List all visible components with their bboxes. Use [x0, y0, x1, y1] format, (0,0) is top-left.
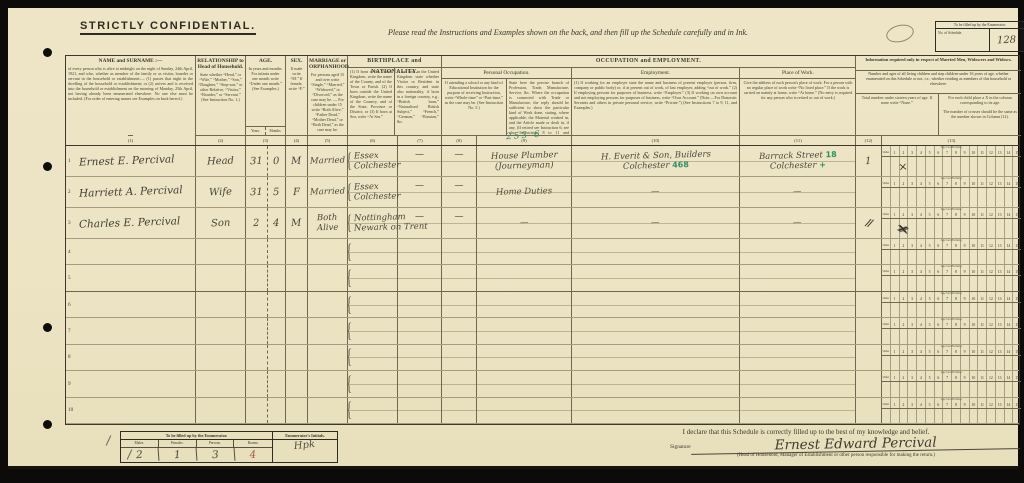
- place-of-work-cell: —: [740, 177, 856, 207]
- age-years-value: 2: [253, 217, 260, 228]
- age-grid-cell: [882, 409, 891, 423]
- col-number: (4): [286, 135, 307, 145]
- age-years-cell: 2: [246, 208, 268, 238]
- age-grid-cell: [917, 356, 926, 370]
- age-grid-cell: [1005, 382, 1014, 396]
- nationality-value: —: [415, 212, 424, 238]
- table-row: 3Charles E. PercivalSon24MBothAlive{Nott…: [66, 208, 1019, 239]
- place-value: —: [793, 218, 802, 228]
- employment-cell: —: [572, 177, 740, 207]
- col-number: (10): [572, 136, 740, 145]
- marriage-cell: Married: [308, 146, 348, 176]
- age-grid-cell: [891, 356, 900, 370]
- col-number: (13): [882, 136, 1021, 145]
- nationality-cell: [398, 239, 442, 264]
- sex-value: M: [291, 217, 302, 228]
- marriage-cell: [308, 371, 348, 396]
- age-grid-cell: [1013, 356, 1021, 370]
- age-grid-cell: [926, 157, 935, 176]
- age-grid-cell: [908, 409, 917, 423]
- occupation-cell: [477, 239, 572, 264]
- age-grid-cell: [961, 382, 970, 396]
- nationality-cell: —: [398, 146, 442, 176]
- education-cell: —: [442, 177, 477, 207]
- age-grid-cell: [1013, 329, 1021, 343]
- age-grid-cell: [926, 219, 935, 238]
- place-of-work-col-desc: Give the address of each person's place …: [740, 79, 856, 135]
- age-grid-cell: [935, 303, 944, 317]
- age-grid-cell: [935, 356, 944, 370]
- age-grid-cell: [935, 157, 944, 176]
- age-grid-cell: [926, 356, 935, 370]
- name-cell: 6: [66, 292, 196, 317]
- relationship-value: Wife: [209, 186, 232, 198]
- age-grid-cell: [882, 276, 891, 290]
- age-grid-cell: [900, 356, 909, 370]
- age-grid-cell: [996, 250, 1005, 264]
- marriage-value: Married: [310, 155, 345, 166]
- place-of-work-cell: [740, 398, 856, 423]
- age-grid-cell: [952, 382, 961, 396]
- age-grid-cell: [908, 157, 917, 176]
- total-children-cell: [856, 345, 882, 370]
- name-cell: 7: [66, 318, 196, 343]
- nationality-value: —: [415, 181, 424, 207]
- col-number: (7): [398, 136, 442, 145]
- col-number: (6): [348, 136, 398, 145]
- census-schedule-scan: STRICTLY CONFIDENTIAL. Please read the I…: [0, 0, 1024, 483]
- name-cell: 4: [66, 239, 196, 264]
- age-grid-cell: [935, 409, 944, 423]
- birthplace-cell: {EssexColchester: [348, 146, 398, 176]
- years-label: Years.: [246, 127, 266, 135]
- code-annotation: 18: [825, 150, 836, 159]
- age-grid-cell: [1005, 250, 1014, 264]
- age-grid-cell: [908, 329, 917, 343]
- age-grid-cell: [987, 356, 996, 370]
- relationship-cell: [196, 239, 246, 264]
- age-grid-cell: [961, 329, 970, 343]
- age-grid-cell: [935, 276, 944, 290]
- relationship-col-desc: State whether “Head,” or “Wife,” “Mother…: [196, 71, 245, 135]
- sex-value: F: [293, 186, 300, 197]
- age-grid-cell: [917, 303, 926, 317]
- age-grid-cell: [970, 409, 979, 423]
- schedule-box-title: To be filled up by the Enumerator.: [936, 22, 1024, 29]
- total-children-value: //: [865, 217, 873, 229]
- brace-glyph: {: [346, 210, 352, 236]
- age-grid-cell: [961, 219, 970, 238]
- age-grid-cell: [978, 409, 987, 423]
- age-grid-cell: [1013, 409, 1021, 423]
- age-grid-cell: [961, 157, 970, 176]
- age-grid-cell: [882, 329, 891, 343]
- col-number: (11): [740, 136, 856, 145]
- age-grid-cell: [970, 157, 979, 176]
- age-grid-cell: [961, 188, 970, 207]
- employment-cell: [572, 318, 740, 343]
- total-children-cell: [856, 177, 882, 207]
- age-months-cell: [268, 292, 286, 317]
- sex-cell: M: [286, 146, 308, 176]
- age-grid-cell: [952, 356, 961, 370]
- children-grid-col-desc: For each child place a X in the column c…: [939, 94, 1021, 135]
- age-grid-cell: [996, 409, 1005, 423]
- age-grid-cell: [882, 219, 891, 238]
- birthplace-cell: {: [348, 345, 398, 370]
- total-children-cell: [856, 239, 882, 264]
- age-grid-cell: [908, 382, 917, 396]
- age-months-cell: [268, 371, 286, 396]
- occupation-cell: [477, 265, 572, 290]
- age-grid-cell: [987, 219, 996, 238]
- age-grid-cell: [917, 250, 926, 264]
- age-months-value: 0: [273, 155, 280, 166]
- occupation-cell: [477, 292, 572, 317]
- age-grid-cell: [1005, 276, 1014, 290]
- age-grid-cell: [935, 382, 944, 396]
- census-table: NAME and SURNAME :— of every person who …: [65, 55, 1020, 425]
- employment-cell: [572, 292, 740, 317]
- age-grid-cell: [917, 219, 926, 238]
- occupation-value: House Plumber: [491, 150, 558, 162]
- age-grid-cell: [1005, 188, 1014, 207]
- child-age-x-mark: ×: [898, 159, 909, 173]
- age-grid-cell: [987, 276, 996, 290]
- employment-cell: [572, 345, 740, 370]
- col-number: (3): [246, 135, 285, 145]
- age-grid-cell: [987, 303, 996, 317]
- marriage-cell: [308, 265, 348, 290]
- age-grid-cell: [943, 409, 952, 423]
- education-cell: [442, 371, 477, 396]
- sex-col-desc: If male write “M.” If female, write “F.”: [286, 65, 307, 135]
- education-cell: [442, 398, 477, 423]
- schedule-number-label: No. of Schedule.: [936, 29, 990, 51]
- place-of-work-cell: [740, 371, 856, 396]
- age-grid-cell: [882, 250, 891, 264]
- relationship-cell: [196, 318, 246, 343]
- age-grid-cell: [926, 329, 935, 343]
- col-number: (8): [442, 136, 477, 145]
- age-grid-cells: ×: [882, 219, 1021, 238]
- age-grid-cell: [943, 329, 952, 343]
- age-grid-header: Age last Birthday.Under One1234567891011…: [882, 239, 1021, 250]
- sex-cell: [286, 265, 308, 290]
- name-value: Harriett A. Percival: [79, 184, 183, 200]
- children-age-grid: Age last Birthday.Under One1234567891011…: [882, 318, 1021, 343]
- age-grid-cell: [952, 409, 961, 423]
- marriage-cell: [308, 398, 348, 423]
- punch-hole: [43, 420, 52, 429]
- age-grid-cell: [961, 276, 970, 290]
- age-grid-cells: ×: [882, 157, 1021, 176]
- age-grid-cell: [1005, 219, 1014, 238]
- total-children-cell: [856, 371, 882, 396]
- age-grid-header: Age last Birthday.Under One1234567891011…: [882, 208, 1021, 219]
- age-grid-cell: [943, 250, 952, 264]
- total-children-cell: [856, 265, 882, 290]
- birthplace-group-title: BIRTHPLACE and NATIONALITY.: [348, 56, 441, 68]
- age-grid-cell: [900, 250, 909, 264]
- row-number: 9: [68, 381, 71, 387]
- occupation-cell: [477, 345, 572, 370]
- age-grid-cell: [891, 188, 900, 207]
- age-months-cell: [268, 318, 286, 343]
- birthplace-cell: {NottinghamNewark on Trent: [348, 208, 398, 238]
- nationality-cell: [398, 318, 442, 343]
- children-age-grid: Age last Birthday.Under One1234567891011…: [882, 265, 1021, 290]
- age-grid-header: Age last Birthday.Under One1234567891011…: [882, 371, 1021, 382]
- employment-value: —: [651, 218, 660, 228]
- age-grid-cell: [952, 329, 961, 343]
- age-grid-cell: [970, 382, 979, 396]
- row-number: 10: [68, 407, 73, 413]
- place-of-work-cell: [740, 345, 856, 370]
- employment-value: H. Everit & Son, Builders: [600, 149, 710, 162]
- age-years-cell: 31: [246, 177, 268, 207]
- name-value: Charles E. Percival: [79, 215, 181, 231]
- col-number: (12): [856, 136, 882, 145]
- birthplace-cell: {: [348, 371, 398, 396]
- code-annotation: +: [819, 160, 826, 169]
- education-cell: —: [442, 208, 477, 238]
- birthplace-cell: {EssexColchester: [348, 177, 398, 207]
- age-grid-cell: [882, 188, 891, 207]
- nationality-col-desc: If not born in the United Kingdom state …: [395, 68, 441, 135]
- age-grid-cell: [943, 188, 952, 207]
- relationship-cell: [196, 398, 246, 423]
- age-grid-title: Age last Birthday.: [882, 265, 1021, 268]
- education-value: —: [455, 150, 464, 176]
- table-row: 7{ Age last Birthday.Under One1234567891…: [66, 318, 1019, 344]
- brace-glyph: {: [346, 318, 352, 344]
- children-group-desc: Number and ages of all living children a…: [856, 71, 1021, 94]
- age-grid-cell: [926, 276, 935, 290]
- age-grid-cell: [943, 157, 952, 176]
- education-value: —: [455, 181, 464, 207]
- sex-cell: [286, 292, 308, 317]
- age-grid-cell: [970, 188, 979, 207]
- age-grid-cell: [943, 303, 952, 317]
- age-grid-cell: [970, 356, 979, 370]
- brace-glyph: {: [346, 179, 352, 205]
- table-header: NAME and SURNAME :— of every person who …: [66, 56, 1019, 146]
- declaration-section: I declare that this Schedule is correctl…: [592, 428, 1020, 458]
- age-grid-cells: [882, 409, 1021, 423]
- education-col-desc: If attending a school or any kind of Edu…: [442, 79, 507, 135]
- age-grid-title: Age last Birthday.: [882, 398, 1021, 401]
- education-cell: [442, 265, 477, 290]
- nationality-cell: [398, 292, 442, 317]
- brace-glyph: {: [346, 239, 352, 265]
- age-months-cell: 5: [268, 177, 286, 207]
- age-grid-cell: [1005, 303, 1014, 317]
- age-grid-cell: [952, 188, 961, 207]
- age-grid-cell: [978, 219, 987, 238]
- age-years-value: 31: [250, 186, 263, 197]
- age-months-cell: [268, 345, 286, 370]
- name-cell: 5: [66, 265, 196, 290]
- age-grid-cell: [970, 329, 979, 343]
- birthplace-value: Colchester: [354, 191, 397, 202]
- place-of-work-cell: [740, 318, 856, 343]
- sex-cell: [286, 345, 308, 370]
- brace-glyph: {: [346, 265, 352, 291]
- name-cell: 9: [66, 371, 196, 396]
- age-grid-cell: [961, 356, 970, 370]
- age-grid-cell: [996, 219, 1005, 238]
- marriage-value: Both: [317, 213, 338, 224]
- sex-col-title: SEX.: [286, 56, 307, 65]
- age-grid-cell: [917, 276, 926, 290]
- age-grid-cell: [1013, 382, 1021, 396]
- col-number: (5): [308, 135, 347, 145]
- age-grid-cell: [900, 276, 909, 290]
- table-row: 4{ Age last Birthday.Under One1234567891…: [66, 239, 1019, 265]
- schedule-number-box: To be filled up by the Enumerator. No. o…: [935, 21, 1024, 52]
- instruction-note: Please read the Instructions and Example…: [348, 28, 788, 37]
- table-row: 2Harriett A. PercivalWife315FMarried{Ess…: [66, 177, 1019, 208]
- age-grid-cell: [1013, 188, 1021, 207]
- age-grid-cell: [987, 250, 996, 264]
- relationship-cell: Wife: [196, 177, 246, 207]
- age-grid-cell: [891, 409, 900, 423]
- age-grid-cell: [882, 157, 891, 176]
- occupation-value: (Journeyman): [495, 160, 554, 172]
- age-grid-cell: [1005, 329, 1014, 343]
- age-grid-cell: [891, 303, 900, 317]
- marriage-cell: [308, 318, 348, 343]
- age-grid-cells: [882, 250, 1021, 264]
- age-grid-cell: [1013, 250, 1021, 264]
- col-number: (2): [196, 135, 245, 145]
- age-grid-cell: [908, 356, 917, 370]
- age-grid-cell: [935, 250, 944, 264]
- occupation-cell: Home Duties: [477, 177, 572, 207]
- place-of-work-cell: [740, 292, 856, 317]
- birthplace-cell: {: [348, 318, 398, 343]
- employment-value: Colchester 468: [622, 160, 688, 172]
- age-grid-cell: [917, 329, 926, 343]
- age-grid-cell: [891, 250, 900, 264]
- enumerator-box-values: 2 1 3 4: [121, 448, 272, 462]
- age-grid-cell: [970, 303, 979, 317]
- place-of-work-cell: —: [740, 208, 856, 238]
- age-grid-header: Age last Birthday.Under One1234567891011…: [882, 265, 1021, 276]
- children-age-grid: Age last Birthday.Under One1234567891011…: [882, 371, 1021, 396]
- age-months-cell: [268, 239, 286, 264]
- age-grid-cell: [900, 382, 909, 396]
- age-subcolumns: Years. Months.: [246, 126, 285, 135]
- punch-hole: [43, 48, 52, 57]
- children-age-grid: Age last Birthday.Under One1234567891011…: [882, 239, 1021, 264]
- relationship-value: Head: [207, 155, 234, 167]
- employment-cell: [572, 265, 740, 290]
- age-grid-cells: [882, 356, 1021, 370]
- age-grid-cells: [882, 303, 1021, 317]
- occupation-cell: [477, 371, 572, 396]
- table-row: 8{ Age last Birthday.Under One1234567891…: [66, 345, 1019, 371]
- row-number: 8: [68, 354, 71, 360]
- nationality-cell: —: [398, 177, 442, 207]
- children-age-grid: Age last Birthday.Under One1234567891011…: [882, 292, 1021, 317]
- age-grid-cells: [882, 329, 1021, 343]
- marriage-cell: [308, 239, 348, 264]
- education-cell: [442, 318, 477, 343]
- age-grid-cell: [891, 382, 900, 396]
- marriage-col-desc: For persons aged 15 and over write “Sing…: [308, 71, 347, 135]
- marriage-cell: Married: [308, 177, 348, 207]
- marriage-cell: BothAlive: [308, 208, 348, 238]
- age-grid-header: Age last Birthday.Under One1234567891011…: [882, 318, 1021, 329]
- children-age-grid: Age last Birthday.Under One1234567891011…: [882, 146, 1021, 176]
- occupation-value: Home Duties: [496, 186, 552, 198]
- age-years-cell: [246, 265, 268, 290]
- brace-glyph: {: [346, 148, 352, 174]
- name-cell: 1Ernest E. Percival: [66, 146, 196, 176]
- signature-label: Signature: [670, 444, 691, 452]
- age-grid-cell: [952, 276, 961, 290]
- brace-glyph: {: [346, 344, 352, 370]
- education-value: —: [455, 212, 464, 238]
- age-grid-cell: [952, 219, 961, 238]
- age-grid-cells: [882, 382, 1021, 396]
- children-age-grid: Age last Birthday.Under One1234567891011…: [882, 398, 1021, 423]
- age-grid-cell: [900, 409, 909, 423]
- total-children-col-desc: Total number under sixteen years of age.…: [856, 94, 939, 135]
- age-grid-cell: [900, 329, 909, 343]
- total-children-cell: 1: [856, 146, 882, 176]
- place-of-work-cell: [740, 265, 856, 290]
- place-of-work-cell: Barrack Street 18Colchester +: [740, 146, 856, 176]
- age-grid-cell: [900, 188, 909, 207]
- name-col-desc: of every person who is alive at midnight…: [66, 65, 195, 135]
- age-grid-cell: [952, 157, 961, 176]
- name-cell: 8: [66, 345, 196, 370]
- age-grid-cell: [987, 329, 996, 343]
- education-cell: [442, 292, 477, 317]
- total-children-cell: //: [856, 208, 882, 238]
- signature-value: Ernest Edward Percival: [691, 434, 1021, 455]
- birthplace-cell: {: [348, 292, 398, 317]
- row-number: 1: [68, 158, 71, 164]
- table-row: 5{ Age last Birthday.Under One1234567891…: [66, 265, 1019, 291]
- nationality-cell: [398, 371, 442, 396]
- nationality-cell: —: [398, 208, 442, 238]
- place-value: —: [793, 187, 802, 197]
- age-grid-cell: [908, 250, 917, 264]
- age-grid-cell: [943, 276, 952, 290]
- place-value: Colchester +: [769, 160, 825, 172]
- age-grid-cell: [978, 329, 987, 343]
- marriage-cell: [308, 345, 348, 370]
- age-grid-cell: [970, 219, 979, 238]
- age-years-value: 31: [250, 155, 263, 166]
- age-years-cell: [246, 318, 268, 343]
- signature-note: (Head of Household, Manager of Establish…: [592, 453, 1020, 458]
- age-grid-title: Age last Birthday.: [882, 146, 1021, 149]
- age-grid-cell: [926, 250, 935, 264]
- birthplace-cell: {: [348, 398, 398, 423]
- row-number: 4: [68, 249, 71, 255]
- birthplace-cell: {: [348, 265, 398, 290]
- employment-cell: —: [572, 208, 740, 238]
- children-group-title: Information required only in respect of …: [856, 56, 1021, 71]
- occupation-cell: House Plumber(Journeyman): [477, 146, 572, 176]
- age-grid-cell: [1005, 409, 1014, 423]
- nationality-cell: [398, 265, 442, 290]
